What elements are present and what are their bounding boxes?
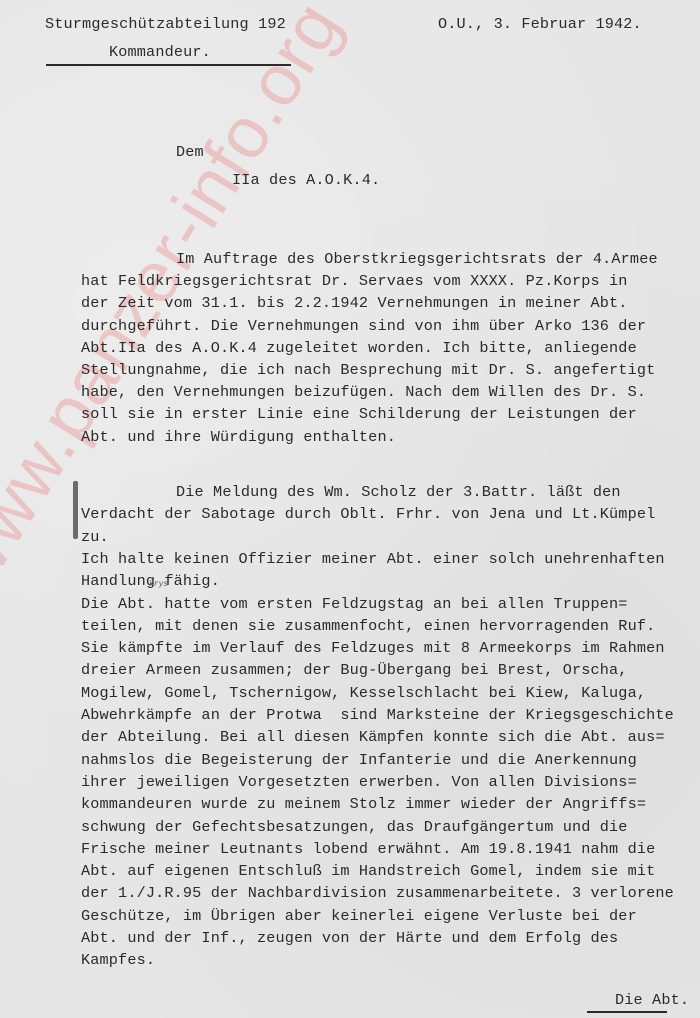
text-line: Die Abt. hatte vom ersten Feldzugstag an… <box>81 595 628 613</box>
text-line: Abt. und ihre Würdigung enthalten. <box>81 428 396 446</box>
text-line: zu. <box>81 528 109 546</box>
text-line: Geschütze, im Übrigen aber keinerlei eig… <box>81 907 637 925</box>
salutation-line-1: Dem <box>176 143 204 161</box>
text-line: Ich halte keinen Offizier meiner Abt. ei… <box>81 550 665 568</box>
text-line: Abt.IIa des A.O.K.4 zugeleitet worden. I… <box>81 339 637 357</box>
text-line: der Abteilung. Bei all diesen Kämpfen ko… <box>81 728 665 746</box>
unit-role: Kommandeur. <box>109 43 211 61</box>
salutation-line-2: IIa des A.O.K.4. <box>232 171 380 189</box>
text-line: Abwehrkämpfe an der Protwa sind Markstei… <box>81 706 674 724</box>
text-line: Sie kämpfte im Verlauf des Feldzuges mit… <box>81 639 665 657</box>
text-line: ihrer jeweiligen Vorgesetzten erwerben. … <box>81 773 637 791</box>
text-line: dreier Armeen zusammen; der Bug-Übergang… <box>81 661 628 679</box>
text-line: Abt. auf eigenen Entschluß im Handstreic… <box>81 862 655 880</box>
text-line: teilen, mit denen sie zusammenfocht, ein… <box>81 617 655 635</box>
header-underline <box>46 64 291 66</box>
text-line: Die Meldung des Wm. Scholz der 3.Battr. … <box>176 483 621 501</box>
text-line: nahmslos die Begeisterung der Infanterie… <box>81 751 637 769</box>
continuation-underline <box>587 1011 667 1013</box>
text-line: kommandeuren wurde zu meinem Stolz immer… <box>81 795 646 813</box>
margin-mark <box>73 481 78 539</box>
text-line: der Zeit vom 31.1. bis 2.2.1942 Vernehmu… <box>81 294 628 312</box>
text-line: soll sie in erster Linie eine Schilderun… <box>81 405 637 423</box>
text-line: Stellungnahme, die ich nach Besprechung … <box>81 361 655 379</box>
text-line: hat Feldkriegsgerichtsrat Dr. Servaes vo… <box>81 272 628 290</box>
text-line: Kampfes. <box>81 951 155 969</box>
text-line: Abt. und der Inf., zeugen von der Härte … <box>81 929 618 947</box>
text-line: Im Auftrage des Oberstkriegsgerichtsrats… <box>176 250 658 268</box>
text-line: Verdacht der Sabotage durch Oblt. Frhr. … <box>81 505 655 523</box>
text-line: Mogilew, Gomel, Tschernigow, Kesselschla… <box>81 684 646 702</box>
handwritten-annotation: krys <box>149 580 168 589</box>
continuation-text: Die Abt. <box>615 991 689 1009</box>
document-page: www.panzer-info.org Sturmgeschützabteilu… <box>0 0 700 1018</box>
text-line: durchgeführt. Die Vernehmungen sind von … <box>81 317 646 335</box>
text-line: Frische meiner Leutnants lobend erwähnt.… <box>81 840 655 858</box>
text-line: habe, den Vernehmungen beizufügen. Nach … <box>81 383 646 401</box>
place-date: O.U., 3. Februar 1942. <box>438 15 642 33</box>
text-line: schwung der Gefechtsbesatzungen, das Dra… <box>81 818 628 836</box>
text-line: der 1./J.R.95 der Nachbardivision zusamm… <box>81 884 674 902</box>
unit-name: Sturmgeschützabteilung 192 <box>45 15 286 33</box>
